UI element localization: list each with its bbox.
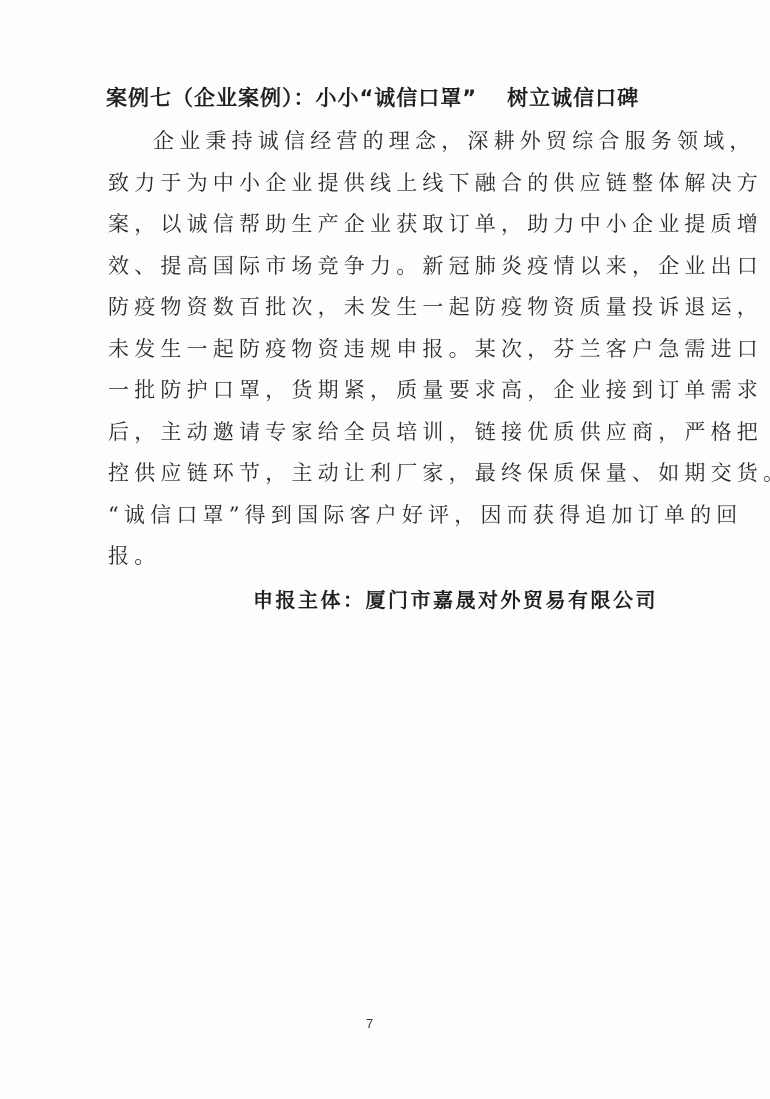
body-line: 企业秉持诚信经营的理念，深耕外贸综合服务领域， [108, 121, 660, 163]
page-number: 7 [366, 1016, 373, 1031]
document-page: 案例七（企业案例）：小小“诚信口罩”树立诚信口碑 企业秉持诚信经营的理念，深耕外… [0, 0, 770, 1099]
body-line: 后，主动邀请专家给全员培训，链接优质供应商，严格把 [108, 412, 660, 454]
body-line: 防疫物资数百批次，未发生一起防疫物资质量投诉退运， [108, 287, 660, 329]
body-line: 报。 [108, 536, 660, 578]
case-title-main: 案例七（企业案例）：小小“诚信口罩” [106, 86, 477, 110]
body-line: 未发生一起防疫物资违规申报。某次，芬兰客户急需进口 [108, 329, 660, 371]
body-line: “诚信口罩”得到国际客户好评，因而获得追加订单的回 [108, 495, 660, 537]
body-line: 致力于为中小企业提供线上线下融合的供应链整体解决方 [108, 163, 660, 205]
case-title-sub: 树立诚信口碑 [507, 86, 639, 110]
reporting-entity: 申报主体：厦门市嘉晟对外贸易有限公司 [253, 584, 658, 613]
body-line: 案，以诚信帮助生产企业获取订单，助力中小企业提质增 [108, 204, 660, 246]
case-title: 案例七（企业案例）：小小“诚信口罩”树立诚信口碑 [106, 82, 639, 112]
body-line: 控供应链环节，主动让利厂家，最终保质保量、如期交货。 [108, 453, 660, 495]
body-line: 一批防护口罩，货期紧，质量要求高，企业接到订单需求 [108, 370, 660, 412]
body-line: 效、提高国际市场竞争力。新冠肺炎疫情以来，企业出口 [108, 246, 660, 288]
case-body: 企业秉持诚信经营的理念，深耕外贸综合服务领域， 致力于为中小企业提供线上线下融合… [108, 121, 660, 578]
